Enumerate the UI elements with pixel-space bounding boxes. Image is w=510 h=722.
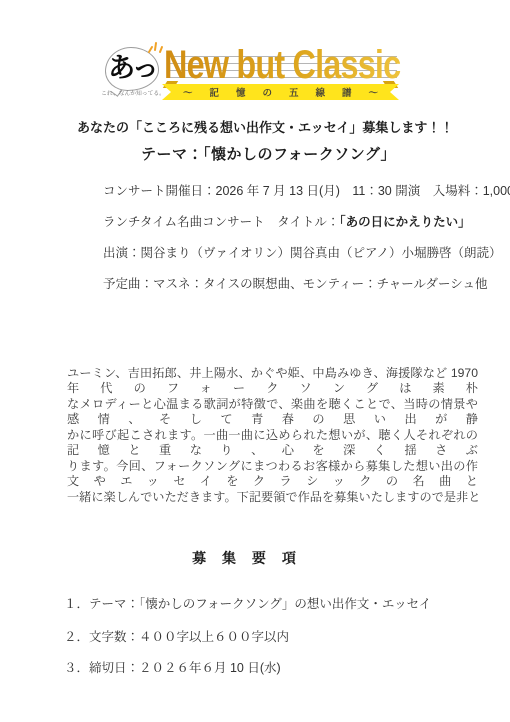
- guideline-item-length: ２．文字数：４００字以上６００字以内: [64, 627, 289, 645]
- paragraph-line: なメロディーと心温まる歌詞が特徴で、楽曲を聴くことで、当時の情景や感情、そして青…: [67, 397, 478, 427]
- logo-title: New but Classic: [164, 45, 400, 86]
- sparkle-icon: [146, 38, 164, 58]
- ribbon-label: 〜記憶の五線譜〜: [162, 84, 399, 100]
- ribbon-banner: 〜記憶の五線譜〜: [162, 84, 399, 100]
- guidelines-heading: 募 集 要 項: [0, 548, 494, 568]
- concert-date-line: コンサート開催日：2026 年 7 月 13 日(月) 11：30 開演 入場料…: [103, 181, 510, 199]
- flyer-page: New but Classic あっ これ、なんか知ってる。 〜記憶の五線譜〜 …: [0, 0, 510, 722]
- concert-title-prefix: ランチタイム名曲コンサート タイトル：: [103, 215, 339, 229]
- paragraph-line: かに呼び起こされます。一曲一曲に込められた想いが、聴く人それぞれの記憶と重なり、…: [67, 428, 478, 458]
- paragraph-line: ります。今回、フォークソングにまつわるお客様から募集した想い出の作文やエッセイを…: [67, 459, 478, 489]
- paragraph-line: ユーミン、吉田拓郎、井上陽水、かぐや姫、中島みゆき、海援隊など 1970 年代の…: [67, 366, 478, 396]
- announcement-line: あなたの「こころに残る想い出作文・エッセイ」募集します！！: [77, 117, 453, 136]
- logo-bubble-text: あっ: [108, 55, 156, 84]
- performers-line: 出演：関谷まり（ヴァイオリン）関谷真由（ピアノ）小堀勝啓（朗読）: [103, 243, 502, 261]
- guideline-item-deadline: ３．締切日：２０２６年６月 10 日(水): [64, 658, 281, 676]
- program-line: 予定曲：マスネ：タイスの瞑想曲、モンティー：チャールダーシュ他: [103, 274, 488, 292]
- concert-title-name: 「あの日にかえりたい」: [339, 215, 470, 229]
- theme-heading: テーマ：「懐かしのフォークソング」: [141, 143, 396, 164]
- guideline-item-theme: １．テーマ：「懐かしのフォークソング」の想い出作文・エッセイ: [64, 594, 431, 612]
- paragraph-line: 一緒に楽しんでいただきます。下記要領で作品を募集いたしますので是非ともご応募くだ…: [67, 490, 478, 505]
- logo-bubble-caption: これ、なんか知ってる。: [101, 89, 166, 97]
- concert-title-line: ランチタイム名曲コンサート タイトル：「あの日にかえりたい」: [103, 212, 471, 230]
